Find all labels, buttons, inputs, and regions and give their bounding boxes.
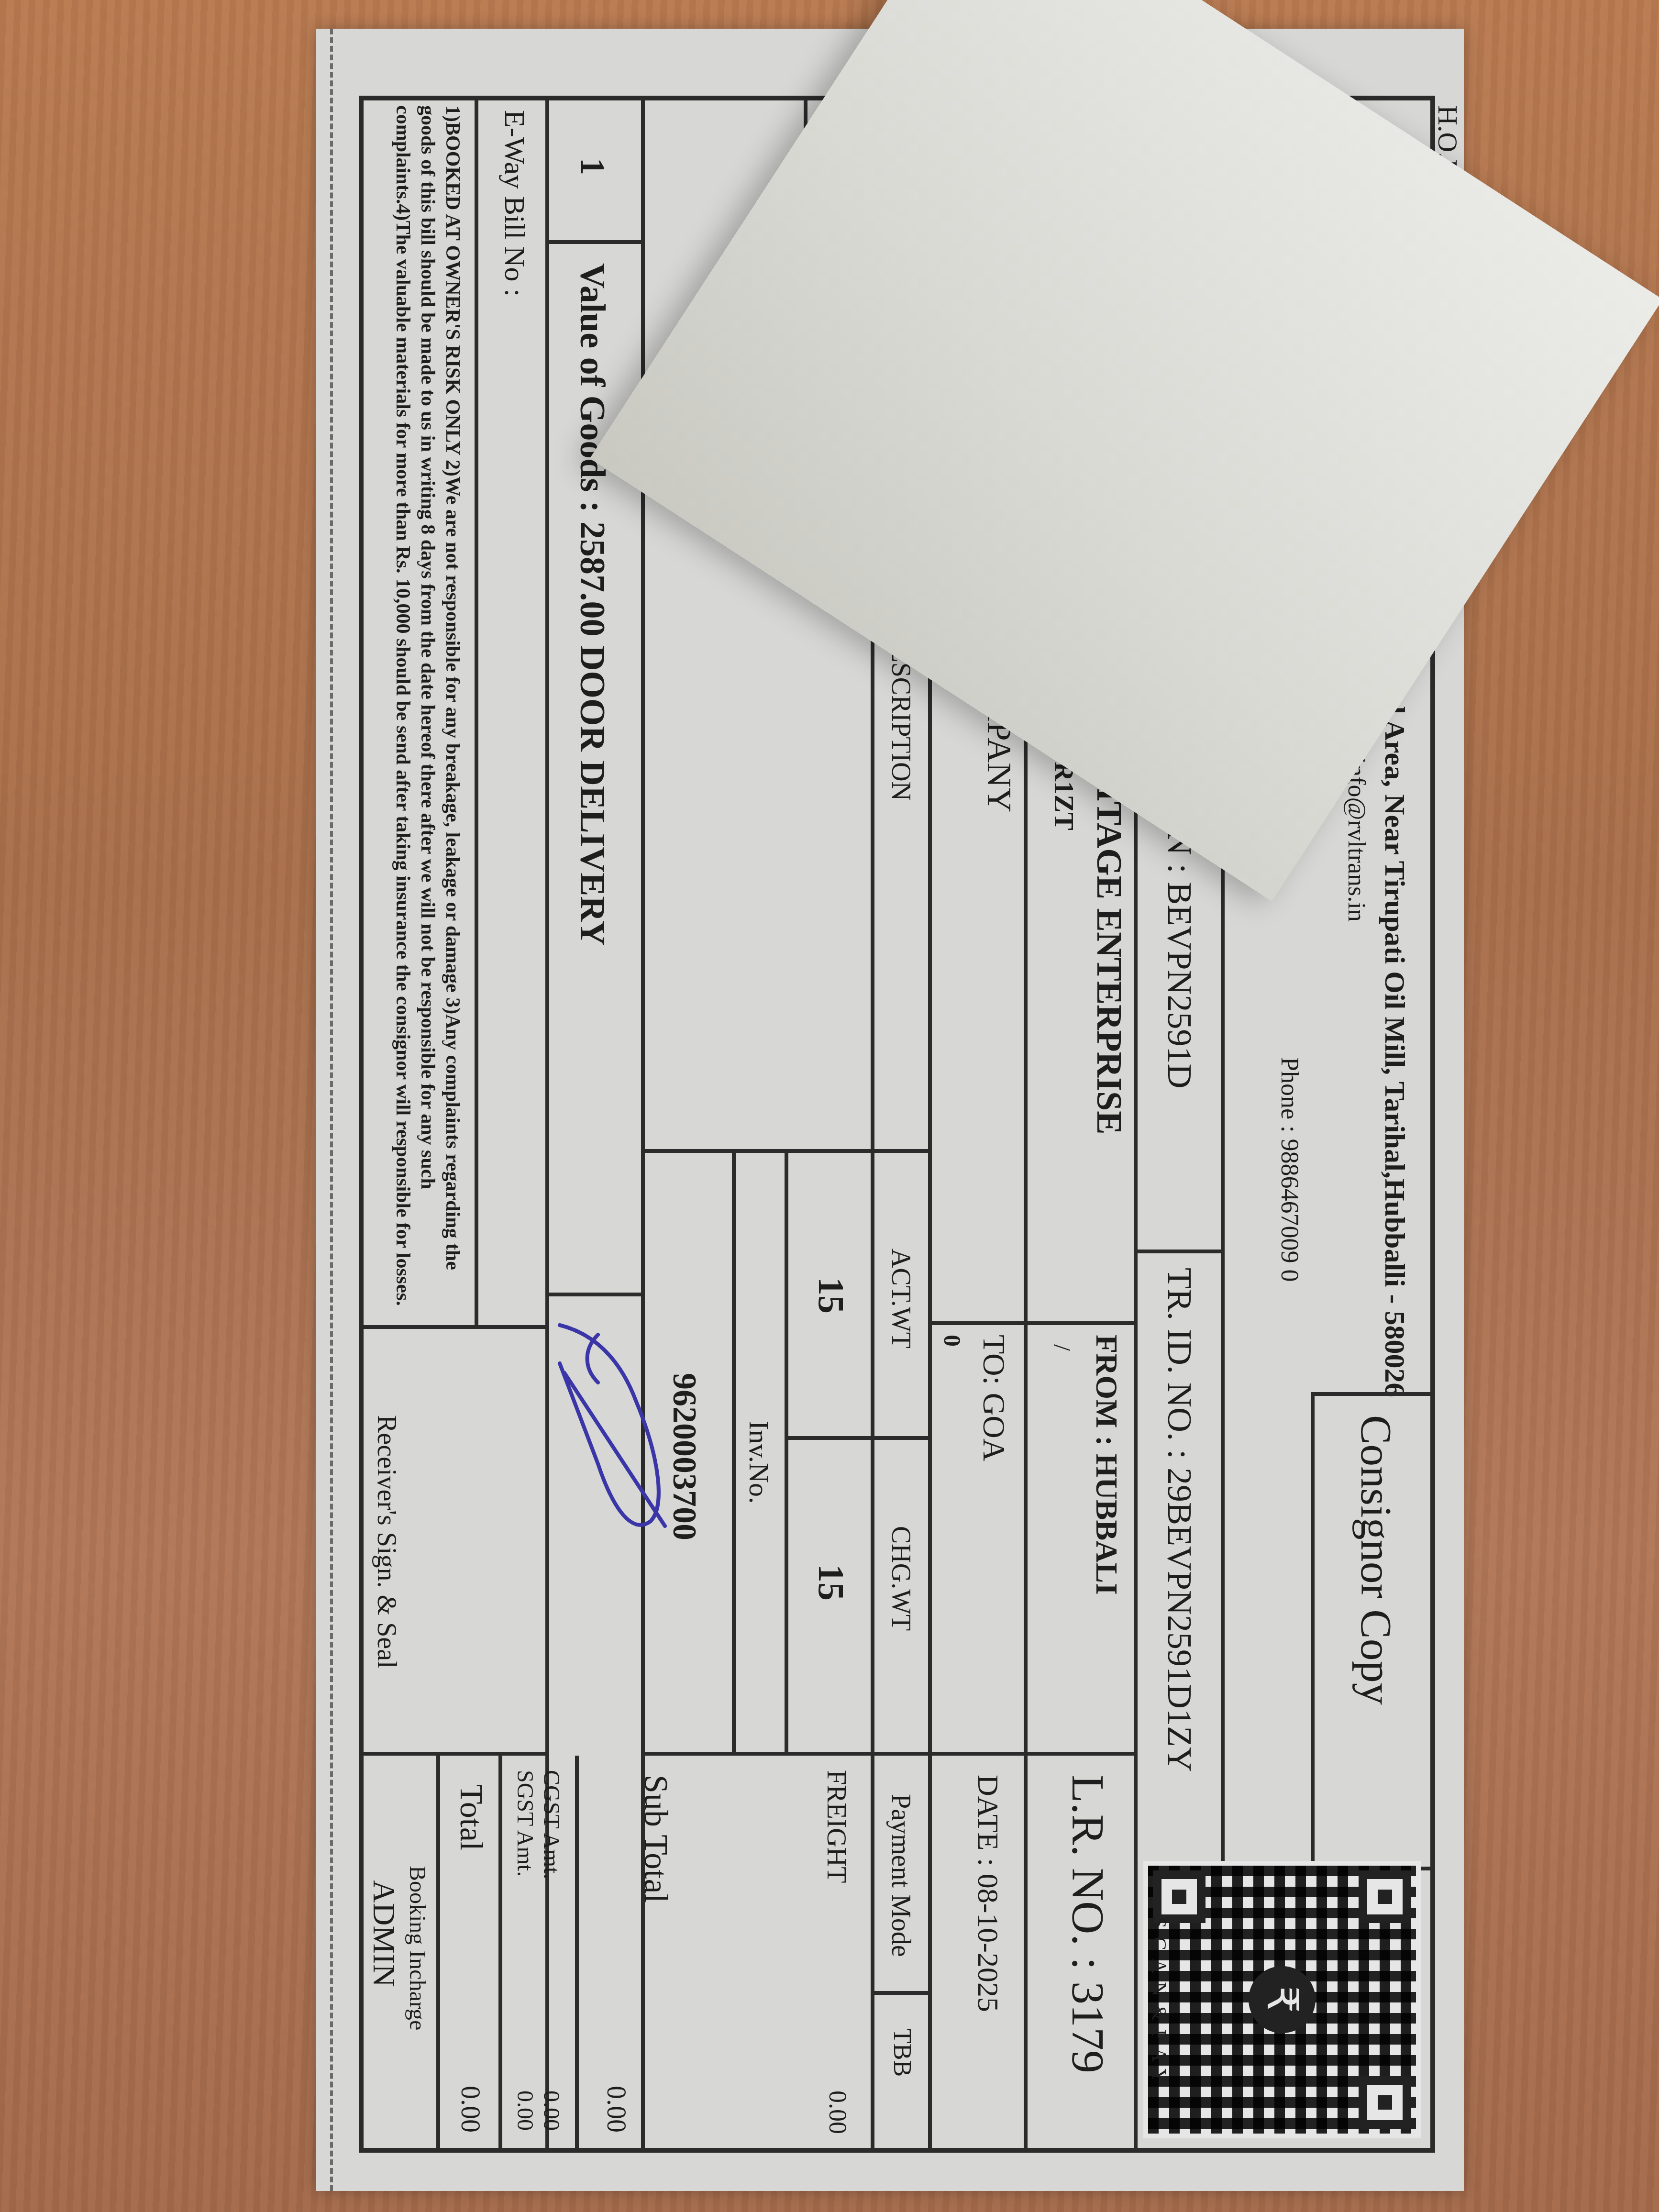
freight-value: 0.00 [823,2090,852,2134]
payment-mode-value: TBB [888,2028,916,2077]
sub-total-label: Sub Total [636,1775,675,1903]
upi-logo-icon: ₹ [1249,1966,1316,2033]
tear-line [330,29,333,2191]
value-of-goods: Value of Goods : 2587.00 DOOR DELIVERY [572,263,612,946]
payment-qr-code[interactable]: ₹ [1143,1861,1421,2138]
receiver-sign-label: Receiver's Sign. & Seal [371,1415,402,1669]
sgst-label: SGST Amt. [512,1770,538,1877]
charged-weight-header: CHG.WT [885,1526,916,1631]
total-articles: 1 [573,158,612,175]
scan-pay-caption: SCAN&PAY [1147,1870,1170,2138]
cgst-label: CGST Amt. [538,1770,564,1880]
charged-weight: 15 [810,1564,852,1601]
actual-weight: 15 [810,1277,852,1314]
footer-block: E-Way Bill No : 1)BOOKED AT OWNER'S RISK… [364,100,545,2148]
to-location: TO: GOA [975,1335,1012,1461]
invoice-label: Inv.No. [743,1421,775,1504]
terms-and-conditions: 1)BOOKED AT OWNER'S RISK ONLY 2)We are n… [364,100,478,1325]
totals-block: 0.00 CGST Amt. 0.00 SGST Amt. 0.00 Total… [364,1756,641,2148]
from-location: FROM : HUBBALI [1089,1335,1124,1595]
copy-label-box: Consignor Copy [1311,1392,1430,1870]
handwritten-signature [550,1306,694,1545]
cgst-value: 0.00 [538,2090,564,2131]
actual-weight-header: ACT.WT [885,1249,916,1349]
consignee-gstin: 0 [939,1335,966,1347]
sub-total-value: 0.00 [601,2086,631,2133]
total-value: 0.00 [455,2086,486,2133]
copy-label: Consignor Copy [1351,1415,1402,1705]
lr-number: L.R. NO. : 3179 [1062,1775,1115,2073]
freight-label: FREIGHT [821,1770,852,1883]
eway-bill-label: E-Way Bill No : [498,110,531,297]
booking-incharge-label: Booking Incharge [404,1866,431,2030]
sgst-value: 0.00 [512,2090,538,2131]
tr-id-number: TR. ID. NO. : 29BEVPN2591D1ZY [1160,1268,1199,1772]
payment-mode-label: Payment Mode [885,1794,916,1957]
office-phone: Phone : 9886467009 0 [1275,1057,1304,1282]
from-sub: / [1049,1344,1076,1351]
total-label: Total [453,1784,490,1851]
lr-date: DATE : 08-10-2025 [971,1775,1005,2012]
booking-incharge-name: ADMIN [365,1880,402,1987]
